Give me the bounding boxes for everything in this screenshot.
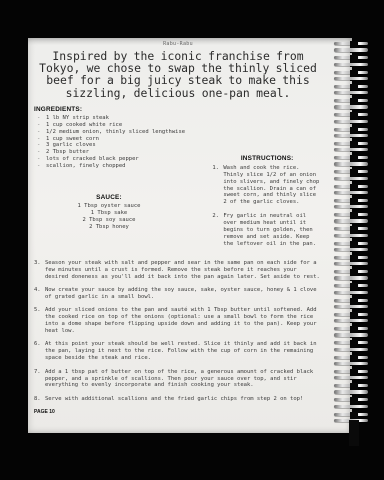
sauce-item: 1 Tbsp sake bbox=[34, 210, 184, 217]
binding-hole bbox=[350, 212, 358, 224]
wire-loop-icon bbox=[334, 299, 368, 309]
instruction-step: 2.Fry garlic in neutral oil over medium … bbox=[212, 213, 322, 248]
binding-hole bbox=[350, 383, 358, 395]
binding-hole bbox=[350, 112, 358, 124]
binding-hole bbox=[350, 184, 358, 196]
intro-paragraph: Inspired by the iconic franchise from To… bbox=[35, 50, 320, 99]
bullet-dash: - bbox=[37, 129, 40, 136]
two-column-section: INGREDIENTS: -1 lb NY strip steak -1 cup… bbox=[34, 106, 322, 255]
binding-hole bbox=[350, 141, 358, 153]
step-number: 7. bbox=[34, 369, 41, 376]
binding-hole bbox=[350, 55, 358, 67]
wire-loop-icon bbox=[334, 156, 368, 166]
binding-hole bbox=[350, 226, 358, 238]
wire-loop-icon bbox=[334, 185, 368, 195]
wire-loop-icon bbox=[334, 128, 368, 138]
wire-loop-icon bbox=[334, 370, 368, 380]
ingredient-text: 1 cup sweet corn bbox=[46, 136, 99, 142]
ingredient-item: -1 cup cooked white rice bbox=[34, 122, 206, 129]
binding-hole bbox=[350, 41, 358, 53]
wire-loop-icon bbox=[334, 384, 368, 394]
step-number: 2. bbox=[212, 213, 219, 220]
wire-loop-icon bbox=[334, 341, 368, 351]
sauce-item: 1 Tbsp oyster sauce bbox=[34, 203, 184, 210]
ingredient-text: lots of cracked black pepper bbox=[46, 156, 139, 162]
step-text: Fry garlic in neutral oil over medium he… bbox=[223, 213, 316, 247]
wire-loop-icon bbox=[334, 71, 368, 81]
binding-hole bbox=[350, 283, 358, 295]
step-text: Serve with additional scallions and the … bbox=[45, 396, 303, 402]
step-number: 4. bbox=[34, 287, 41, 294]
wire-loop-icon bbox=[334, 398, 368, 408]
binding-hole bbox=[350, 84, 358, 96]
bullet-dash: - bbox=[37, 136, 40, 143]
bullet-dash: - bbox=[37, 156, 40, 163]
binding-hole bbox=[350, 127, 358, 139]
wire-loop-icon bbox=[334, 227, 368, 237]
photo-background: Rabu-Rabu Inspired by the iconic franchi… bbox=[0, 0, 384, 480]
ingredient-item: -scallion, finely chopped bbox=[34, 163, 206, 170]
binding-hole bbox=[350, 397, 358, 409]
step-number: 5. bbox=[34, 307, 41, 314]
wire-loop-icon bbox=[334, 213, 368, 223]
step-number: 8. bbox=[34, 396, 41, 403]
ingredient-item: -2 Tbsp butter bbox=[34, 149, 206, 156]
wire-loop-icon bbox=[334, 284, 368, 294]
sauce-item: 2 Tbsp soy sauce bbox=[34, 217, 184, 224]
ingredient-text: scallion, finely chopped bbox=[46, 163, 125, 169]
step-text: At this point your steak should be well … bbox=[45, 341, 317, 361]
binding-hole bbox=[350, 241, 358, 253]
sauce-list: 1 Tbsp oyster sauce 1 Tbsp sake 2 Tbsp s… bbox=[34, 203, 184, 231]
left-column: INGREDIENTS: -1 lb NY strip steak -1 cup… bbox=[34, 106, 206, 255]
page-content: Rabu-Rabu Inspired by the iconic franchi… bbox=[28, 38, 352, 433]
wire-loop-icon bbox=[334, 199, 368, 209]
binding-hole bbox=[350, 340, 358, 352]
instructions-column-steps: 1.Wash and cook the rice. Thinly slice 1… bbox=[212, 165, 322, 248]
instruction-step: 8.Serve with additional scallions and th… bbox=[34, 396, 322, 403]
ingredient-text: 1 cup cooked white rice bbox=[46, 122, 122, 128]
right-column: INSTRUCTIONS: 1.Wash and cook the rice. … bbox=[212, 106, 322, 255]
binding-hole bbox=[350, 298, 358, 310]
ingredient-item: -3 garlic cloves bbox=[34, 142, 206, 149]
wire-loop-icon bbox=[334, 85, 368, 95]
step-number: 3. bbox=[34, 260, 41, 267]
spiral-binding bbox=[334, 42, 368, 422]
instruction-step: 3.Season your steak with salt and pepper… bbox=[34, 260, 322, 281]
step-number: 1. bbox=[212, 165, 219, 172]
step-text: Add a 1 tbsp pat of butter on top of the… bbox=[45, 369, 313, 389]
ingredient-item: -lots of cracked black pepper bbox=[34, 156, 206, 163]
wire-loop-icon bbox=[334, 270, 368, 280]
page-number: PAGE 10 bbox=[34, 409, 322, 415]
full-width-steps: 3.Season your steak with salt and pepper… bbox=[34, 260, 322, 403]
ingredient-text: 2 Tbsp butter bbox=[46, 149, 89, 155]
bullet-dash: - bbox=[37, 142, 40, 149]
bullet-dash: - bbox=[37, 163, 40, 170]
step-text: Add your sliced onions to the pan and sa… bbox=[45, 307, 317, 334]
binding-hole bbox=[350, 255, 358, 267]
step-text: Wash and cook the rice. Thinly slice 1/2… bbox=[223, 165, 319, 206]
instruction-step: 1.Wash and cook the rice. Thinly slice 1… bbox=[212, 165, 322, 206]
running-header: Rabu-Rabu bbox=[34, 41, 322, 47]
instruction-step: 4.Now create your sauce by adding the so… bbox=[34, 287, 322, 301]
binding-hole bbox=[350, 326, 358, 338]
wire-loop-icon bbox=[334, 42, 368, 52]
step-text: Now create your sauce by adding the soy … bbox=[45, 287, 317, 300]
bullet-dash: - bbox=[37, 149, 40, 156]
bullet-dash: - bbox=[37, 122, 40, 129]
recipe-page: Rabu-Rabu Inspired by the iconic franchi… bbox=[28, 38, 352, 433]
binding-hole bbox=[350, 98, 358, 110]
binding-hole bbox=[350, 355, 358, 367]
sauce-section: SAUCE: 1 Tbsp oyster sauce 1 Tbsp sake 2… bbox=[34, 194, 184, 231]
ingredient-text: 1 lb NY strip steak bbox=[46, 115, 109, 121]
step-text: Season your steak with salt and pepper a… bbox=[45, 260, 320, 280]
wire-loop-icon bbox=[334, 99, 368, 109]
binding-hole bbox=[350, 269, 358, 281]
ingredient-text: 1/2 medium onion, thinly sliced lengthwi… bbox=[46, 129, 185, 135]
instruction-step: 7.Add a 1 tbsp pat of butter on top of t… bbox=[34, 369, 322, 390]
wire-loop-icon bbox=[334, 142, 368, 152]
binding-spine-icon bbox=[349, 420, 359, 446]
sauce-heading: SAUCE: bbox=[34, 194, 184, 202]
wire-loop-icon bbox=[334, 313, 368, 323]
instruction-step: 6.At this point your steak should be wel… bbox=[34, 341, 322, 362]
wire-loop-icon bbox=[334, 113, 368, 123]
wire-loop-icon bbox=[334, 356, 368, 366]
binding-hole bbox=[350, 169, 358, 181]
ingredient-item: -1/2 medium onion, thinly sliced lengthw… bbox=[34, 129, 206, 136]
binding-hole bbox=[350, 312, 358, 324]
ingredients-list: -1 lb NY strip steak -1 cup cooked white… bbox=[34, 115, 206, 170]
binding-hole bbox=[350, 198, 358, 210]
ingredient-text: 3 garlic cloves bbox=[46, 142, 96, 148]
binding-hole bbox=[350, 155, 358, 167]
wire-loop-icon bbox=[334, 256, 368, 266]
ingredient-item: -1 cup sweet corn bbox=[34, 136, 206, 143]
ingredients-heading: INGREDIENTS: bbox=[34, 106, 206, 114]
wire-loop-icon bbox=[334, 56, 368, 66]
sauce-item: 2 Tbsp honey bbox=[34, 224, 184, 231]
binding-hole bbox=[350, 70, 358, 82]
bullet-dash: - bbox=[37, 115, 40, 122]
wire-loop-icon bbox=[334, 242, 368, 252]
instruction-step: 5.Add your sliced onions to the pan and … bbox=[34, 307, 322, 335]
binding-hole bbox=[350, 369, 358, 381]
wire-loop-icon bbox=[334, 170, 368, 180]
wire-loop-icon bbox=[334, 327, 368, 337]
ingredient-item: -1 lb NY strip steak bbox=[34, 115, 206, 122]
step-number: 6. bbox=[34, 341, 41, 348]
instructions-heading: INSTRUCTIONS: bbox=[212, 155, 322, 163]
